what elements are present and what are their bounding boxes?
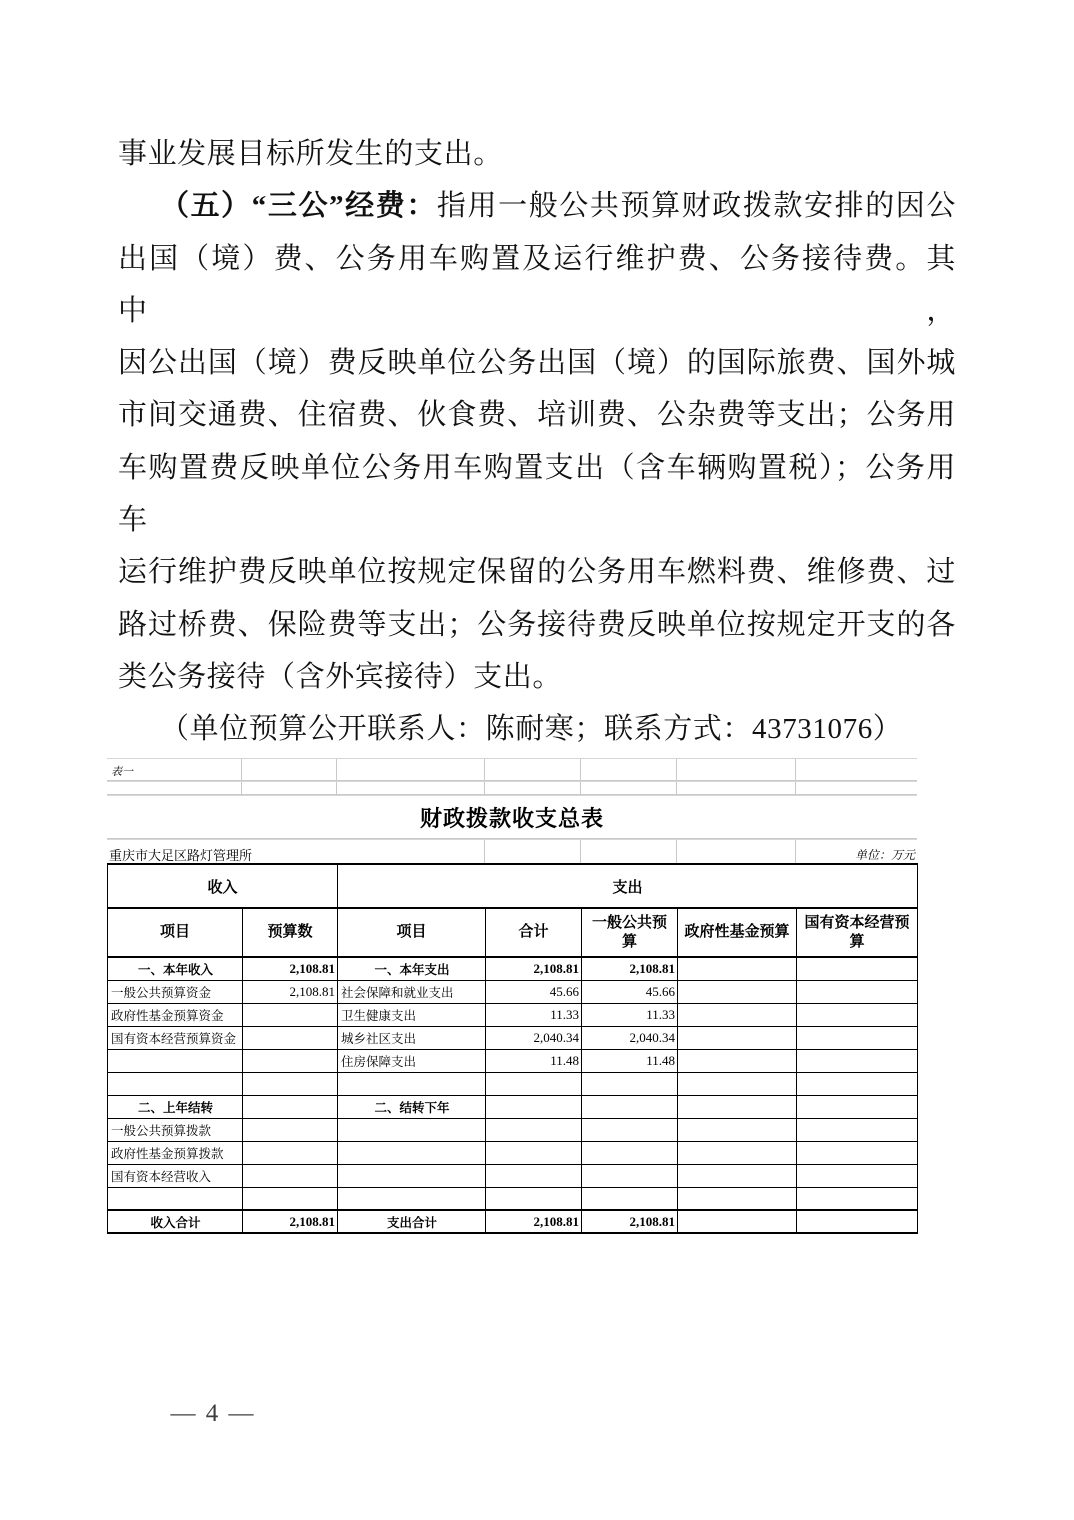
table-row: 二、上年结转二、结转下年 <box>108 1095 918 1118</box>
table-cell: 45.66 <box>582 980 678 1003</box>
column-group-header: 收入 <box>108 864 338 908</box>
table-cell: 2,108.81 <box>486 1210 582 1233</box>
table-cell <box>486 1095 582 1118</box>
sheet-empty-cell <box>242 759 337 781</box>
sheet-empty-cell <box>796 782 917 795</box>
table-cell: 住房保障支出 <box>338 1049 486 1072</box>
table-cell: 城乡社区支出 <box>338 1026 486 1049</box>
table-cell <box>797 1164 918 1187</box>
document-page: 事业发展目标所发生的支出。（五）“三公”经费：指用一般公共预算财政拨款安排的因公… <box>0 0 1074 1520</box>
text-line: 因公出国（境）费反映单位公务出国（境）的国际旅费、国外城 <box>118 337 956 389</box>
budget-table: 收入支出 项目预算数项目合计一般公共预算政府性基金预算国有资本经营预算 一、本年… <box>107 863 918 1234</box>
table-cell <box>678 1003 797 1026</box>
table-cell <box>582 1095 678 1118</box>
table-cell <box>243 1164 338 1187</box>
table-cell: 2,108.81 <box>582 1210 678 1233</box>
sheet-top-row <box>107 781 917 795</box>
table-cell <box>243 1118 338 1141</box>
table-title: 财政拨款收支总表 <box>107 796 917 839</box>
unit-label: 单位：万元 <box>796 840 917 863</box>
table-cell <box>678 1164 797 1187</box>
table-cell: 二、结转下年 <box>338 1095 486 1118</box>
table-cell: 一、本年支出 <box>338 957 486 980</box>
table-cell <box>678 1095 797 1118</box>
table-cell: 2,108.81 <box>486 957 582 980</box>
table-cell <box>797 1072 918 1095</box>
table-cell <box>338 1118 486 1141</box>
document-text: 事业发展目标所发生的支出。（五）“三公”经费：指用一般公共预算财政拨款安排的因公… <box>118 128 956 756</box>
table-row: 政府性基金预算资金卫生健康支出11.3311.33 <box>108 1003 918 1026</box>
table-cell: 国有资本经营预算资金 <box>108 1026 243 1049</box>
sheet-empty-cell <box>337 782 485 795</box>
table-cell <box>486 1187 582 1210</box>
text-line: 类公务接待（含外宾接待）支出。 <box>118 651 956 703</box>
column-header: 合计 <box>486 908 582 957</box>
table-row: 一般公共预算资金2,108.81社会保障和就业支出45.6645.66 <box>108 980 918 1003</box>
table-cell <box>243 1026 338 1049</box>
text-line: （单位预算公开联系人：陈耐寒；联系方式：43731076） <box>118 703 956 755</box>
sheet-empty-cell <box>581 759 677 781</box>
table-cell <box>678 1187 797 1210</box>
table-cell: 2,108.81 <box>243 1210 338 1233</box>
column-header: 预算数 <box>243 908 338 957</box>
bold-run: （五）“三公”经费： <box>160 190 437 222</box>
column-header: 国有资本经营预算 <box>797 908 918 957</box>
table-cell <box>797 1118 918 1141</box>
table-cell <box>338 1141 486 1164</box>
table-cell <box>486 1072 582 1095</box>
table-cell <box>243 1187 338 1210</box>
table-cell <box>797 980 918 1003</box>
table-cell: 2,040.34 <box>486 1026 582 1049</box>
budget-sheet: 表一 财政拨款收支总表 重庆市大足区路灯管理所 单位：万元 <box>107 758 917 1234</box>
table-cell <box>108 1187 243 1210</box>
table-cell <box>797 1026 918 1049</box>
text-line: 路过桥费、保险费等支出；公务接待费反映单位按规定开支的各 <box>118 599 956 651</box>
table-cell <box>243 1003 338 1026</box>
table-cell <box>797 957 918 980</box>
text-line: （五）“三公”经费：指用一般公共预算财政拨款安排的因公 <box>118 180 956 232</box>
sheet-empty-cell <box>677 782 796 795</box>
table-cell <box>678 980 797 1003</box>
sheet-empty-cell <box>581 840 677 863</box>
sheet-empty-cell <box>485 759 581 781</box>
table-row: 政府性基金预算拨款 <box>108 1141 918 1164</box>
table-row <box>108 1187 918 1210</box>
table-cell <box>486 1164 582 1187</box>
text-line: 市间交通费、住宿费、伙食费、培训费、公杂费等支出；公务用 <box>118 389 956 441</box>
sheet-empty-cell <box>485 782 581 795</box>
table-row: 国有资本经营收入 <box>108 1164 918 1187</box>
table-row: 一般公共预算拨款 <box>108 1118 918 1141</box>
sheet-empty-cell <box>677 759 796 781</box>
text-line: 车购置费反映单位公务用车购置支出（含车辆购置税）；公务用车 <box>118 442 956 547</box>
table-cell: 国有资本经营收入 <box>108 1164 243 1187</box>
sheet-empty-cell <box>337 759 485 781</box>
text-line: 运行维护费反映单位按规定保留的公务用车燃料费、维修费、过 <box>118 546 956 598</box>
table-cell: 2,108.81 <box>243 980 338 1003</box>
column-header: 一般公共预算 <box>582 908 678 957</box>
table-cell: 社会保障和就业支出 <box>338 980 486 1003</box>
table-cell <box>797 1210 918 1233</box>
table-cell: 11.48 <box>582 1049 678 1072</box>
table-cell <box>486 1118 582 1141</box>
table-cell <box>678 1026 797 1049</box>
text-line: 出国（境）费、公务用车购置及运行维护费、公务接待费。其中， <box>118 233 956 338</box>
table-cell: 政府性基金预算资金 <box>108 1003 243 1026</box>
table-cell <box>797 1141 918 1164</box>
table-cell <box>678 1118 797 1141</box>
table-cell <box>678 1210 797 1233</box>
table-cell: 2,040.34 <box>582 1026 678 1049</box>
table-cell <box>678 1049 797 1072</box>
table-cell <box>338 1072 486 1095</box>
sheet-empty-cell <box>242 782 337 795</box>
table-cell: 45.66 <box>486 980 582 1003</box>
table-cell: 11.33 <box>486 1003 582 1026</box>
sheet-empty-cell <box>485 840 581 863</box>
table-cell <box>797 1187 918 1210</box>
table-row: 一、本年收入2,108.81一、本年支出2,108.812,108.81 <box>108 957 918 980</box>
table-cell <box>797 1095 918 1118</box>
table-cell <box>243 1049 338 1072</box>
table-cell <box>582 1118 678 1141</box>
table-cell: 支出合计 <box>338 1210 486 1233</box>
table-header-row: 项目预算数项目合计一般公共预算政府性基金预算国有资本经营预算 <box>108 908 918 957</box>
sheet-corner-label: 表一 <box>107 759 242 781</box>
table-cell <box>582 1187 678 1210</box>
sheet-empty-cell <box>581 782 677 795</box>
table-cell <box>243 1072 338 1095</box>
organization-name: 重庆市大足区路灯管理所 <box>107 840 485 863</box>
table-row: 国有资本经营预算资金城乡社区支出2,040.342,040.34 <box>108 1026 918 1049</box>
table-cell <box>797 1003 918 1026</box>
table-cell <box>582 1164 678 1187</box>
table-cell <box>678 1072 797 1095</box>
table-cell: 二、上年结转 <box>108 1095 243 1118</box>
column-header: 政府性基金预算 <box>678 908 797 957</box>
table-cell <box>678 957 797 980</box>
table-cell <box>338 1164 486 1187</box>
page-number: — 4 — <box>148 1400 278 1428</box>
table-cell: 一般公共预算拨款 <box>108 1118 243 1141</box>
sheet-org-row: 重庆市大足区路灯管理所 单位：万元 <box>107 839 917 863</box>
table-cell <box>797 1049 918 1072</box>
sheet-top-row: 表一 <box>107 758 917 781</box>
table-cell: 收入合计 <box>108 1210 243 1233</box>
table-group-header-row: 收入支出 <box>108 864 918 908</box>
column-header: 项目 <box>338 908 486 957</box>
table-cell <box>108 1072 243 1095</box>
table-cell: 卫生健康支出 <box>338 1003 486 1026</box>
table-cell: 11.48 <box>486 1049 582 1072</box>
table-cell: 11.33 <box>582 1003 678 1026</box>
table-cell <box>486 1141 582 1164</box>
table-cell <box>338 1187 486 1210</box>
table-row <box>108 1072 918 1095</box>
sheet-empty-cell <box>677 840 796 863</box>
table-cell <box>108 1049 243 1072</box>
sheet-empty-cell <box>107 782 242 795</box>
table-row: 收入合计2,108.81支出合计2,108.812,108.81 <box>108 1210 918 1233</box>
table-cell: 2,108.81 <box>243 957 338 980</box>
sheet-empty-cell <box>796 759 917 781</box>
table-cell: 2,108.81 <box>582 957 678 980</box>
text-line: 事业发展目标所发生的支出。 <box>118 128 956 180</box>
sheet-title-row: 财政拨款收支总表 <box>107 795 917 839</box>
table-cell: 一、本年收入 <box>108 957 243 980</box>
table-cell <box>582 1072 678 1095</box>
table-cell <box>582 1141 678 1164</box>
table-cell <box>243 1095 338 1118</box>
table-row: 住房保障支出11.4811.48 <box>108 1049 918 1072</box>
column-group-header: 支出 <box>338 864 918 908</box>
table-cell: 一般公共预算资金 <box>108 980 243 1003</box>
table-cell <box>243 1141 338 1164</box>
table-cell <box>678 1141 797 1164</box>
table-cell: 政府性基金预算拨款 <box>108 1141 243 1164</box>
table-body: 一、本年收入2,108.81一、本年支出2,108.812,108.81一般公共… <box>108 957 918 1233</box>
column-header: 项目 <box>108 908 243 957</box>
